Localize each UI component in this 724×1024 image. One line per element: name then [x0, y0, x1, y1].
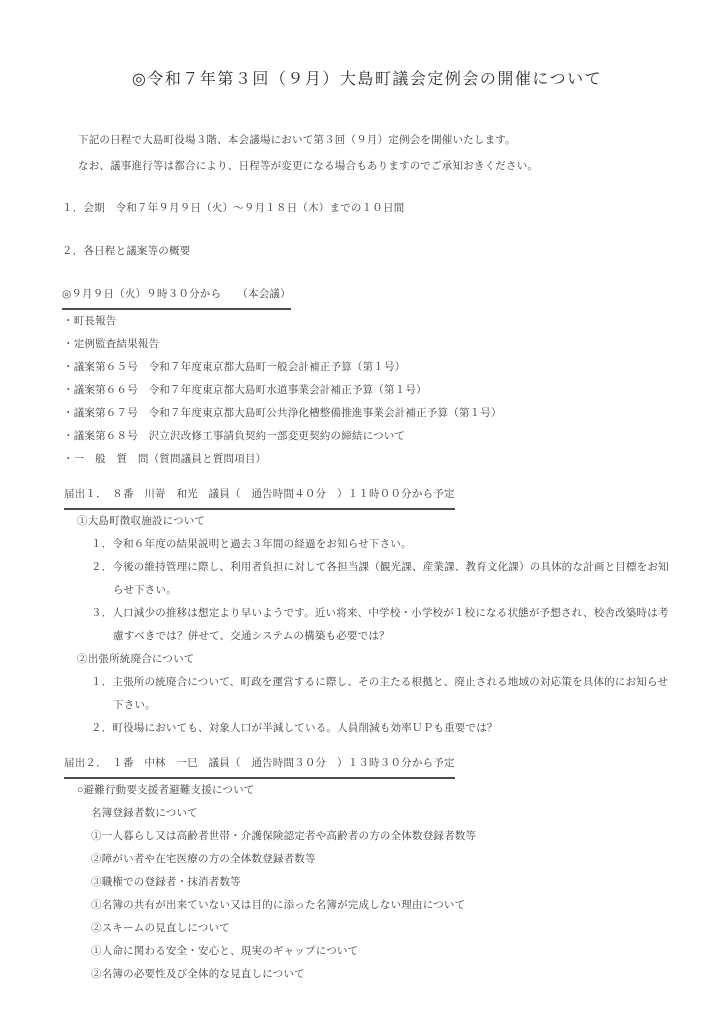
- sub-item: ②スキームの見直しについて: [91, 917, 672, 940]
- notice1-heading-row: 届出１． ８番 川嵜 和光 議員（ 通告時間４０分 ）１１時００分から予定: [62, 483, 672, 510]
- agenda-item: ・議案第６５号 令和７年度東京都大島町一般会計補正予算（第１号）: [63, 356, 672, 379]
- agenda-item: ・定例監査結果報告: [63, 333, 672, 356]
- agenda-item: ・議案第６８号 沢立沢改修工事請負契約一部変更契約の締結について: [63, 425, 672, 448]
- sub-item: ①一人暮らし又は高齢者世帯・介護保険認定者や高齢者の方の全体数登録者数等: [91, 825, 672, 848]
- page-title: ◎令和７年第３回（９月）大島町議会定例会の開催について: [62, 68, 672, 92]
- question-item: ２．町役場においても、対象人口が半減している。人員削減も効率ＵＰも重要では？: [91, 717, 671, 740]
- question-item: １．主張所の統廃合について、町政を運営するに際し、その主たる根拠と、廃止される地…: [91, 671, 671, 717]
- overview-heading: ２．各日程と議案等の概要: [62, 240, 672, 263]
- day1-heading: ◎９月９日（火）９時３０分から （本会議）: [62, 283, 291, 310]
- notice1-topic1-heading: ①大島町徴収施設について: [62, 510, 672, 533]
- intro-line-1: 下記の日程で大島町役場３階、本会議場において第３回（９月）定例会を開催いたします…: [78, 128, 672, 154]
- notice1-topic2-heading: ②出張所統廃合について: [62, 648, 672, 671]
- sub-item: ①人命に関わる安全・安心と、現実のギャップについて: [91, 940, 672, 963]
- agenda-item: ・議案第６６号 令和７年度東京都大島町水道事業会計補正予算（第１号）: [63, 379, 672, 402]
- notice2-heading-row: 届出２． １番 中林 一巳 議員（ 通告時間３０分 ）１３時３０分から予定: [62, 752, 672, 779]
- agenda-list: ・町長報告 ・定例監査結果報告 ・議案第６５号 令和７年度東京都大島町一般会計補…: [62, 310, 672, 471]
- document-page: ◎令和７年第３回（９月）大島町議会定例会の開催について 下記の日程で大島町役場３…: [0, 0, 724, 1024]
- day1-heading-row: ◎９月９日（火）９時３０分から （本会議）: [62, 283, 672, 310]
- sub-item: ②名簿の必要性及び全体的な見直しについて: [91, 963, 672, 986]
- notice2-heading: 届出２． １番 中林 一巳 議員（ 通告時間３０分 ）１３時３０分から予定: [64, 752, 455, 779]
- intro-paragraph: 下記の日程で大島町役場３階、本会議場において第３回（９月）定例会を開催いたします…: [62, 128, 672, 180]
- agenda-item: ・議案第６７号 令和７年度東京都大島町公共浄化槽整備推進事業会計補正予算（第１号…: [63, 402, 672, 425]
- question-item: ３．人口減少の推移は想定より早いようです。近い将来、中学校・小学校が１校になる状…: [91, 602, 671, 648]
- session-period: １．会期 令和７年９月９日（火）～９月１８日（木）までの１０日間: [62, 197, 672, 220]
- sub-item: ②障がい者や在宅医療の方の全体数登録者数等: [91, 848, 672, 871]
- question-item: ２．今後の維持管理に際し、利用者負担に対して各担当課（観光課、産業課、教育文化課…: [91, 556, 671, 602]
- sub-item: 名簿登録者数について: [91, 802, 672, 825]
- agenda-item: ・一 般 質 問（質問議員と質問項目）: [63, 448, 672, 471]
- agenda-item: ・町長報告: [63, 310, 672, 333]
- sub-item: ①名簿の共有が出来ていない又は目的に添った名簿が完成しない理由について: [91, 894, 672, 917]
- notice2-topic-heading: ○避難行動要支援者避難支援について: [62, 779, 672, 802]
- sub-item: ③職権での登録者・抹消者数等: [91, 871, 672, 894]
- intro-line-2: なお、議事進行等は都合により、日程等が変更になる場合もありますのでご承知おきくだ…: [78, 154, 672, 180]
- question-item: １．令和６年度の結果説明と過去３年間の経過をお知らせ下さい。: [91, 533, 671, 556]
- notice1-heading: 届出１． ８番 川嵜 和光 議員（ 通告時間４０分 ）１１時００分から予定: [64, 483, 455, 510]
